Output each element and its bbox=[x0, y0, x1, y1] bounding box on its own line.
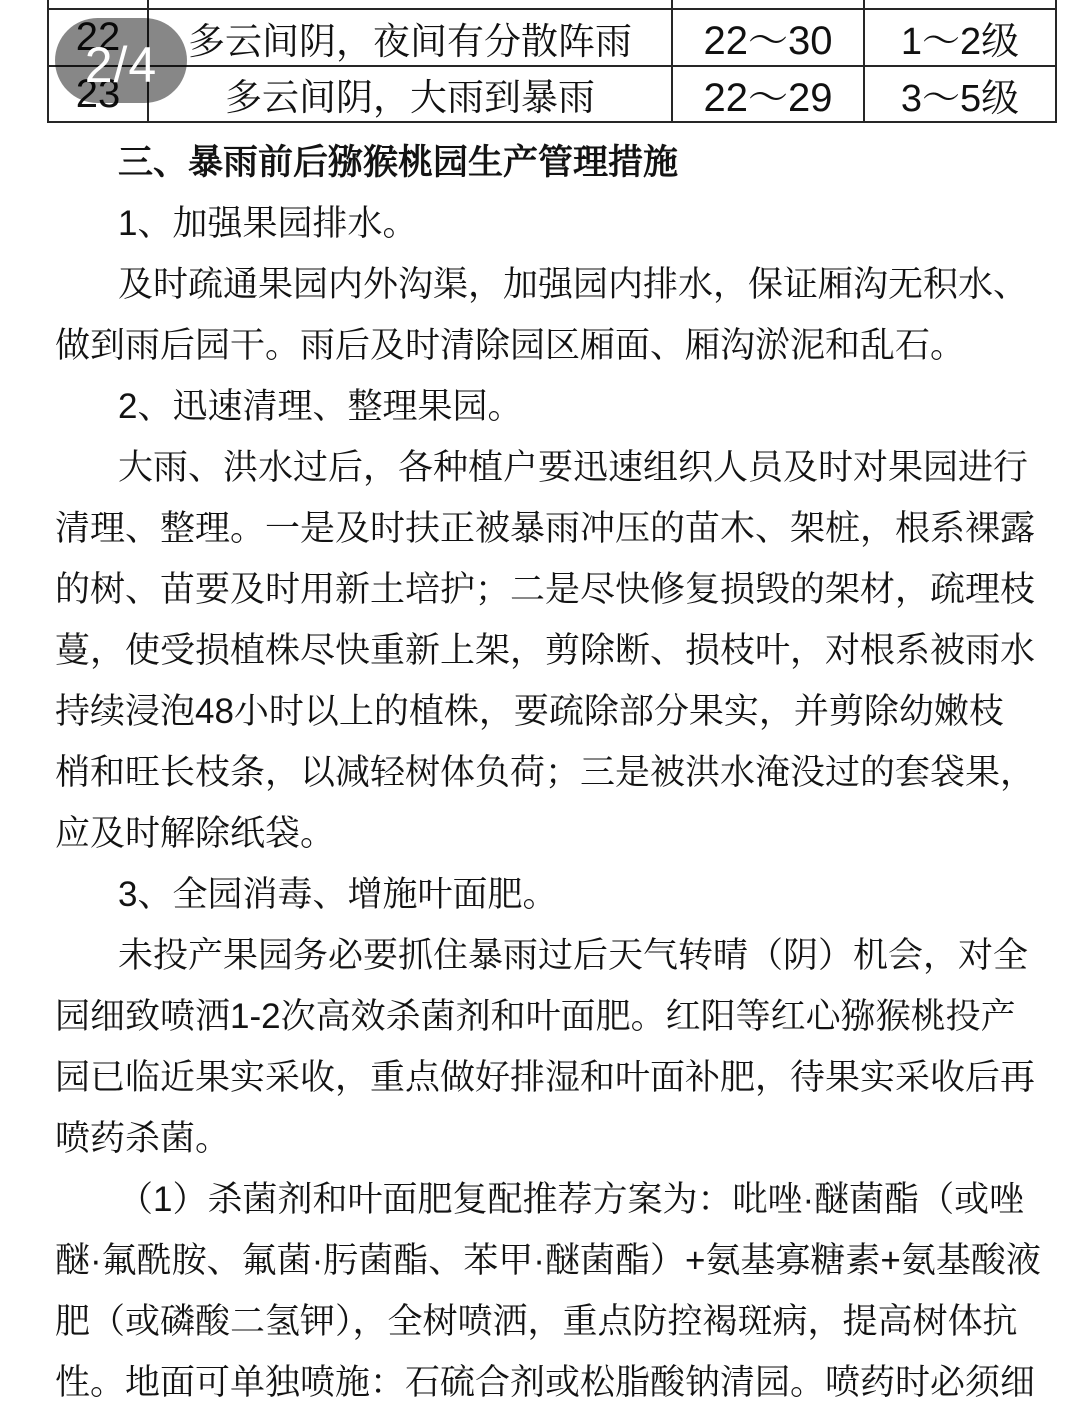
page-indicator-label: 2/4 bbox=[85, 28, 158, 94]
doc-line: 蔓，使受损植株尽快重新上架，剪除断、损枝叶，对根系被雨水 bbox=[55, 620, 1047, 681]
subheading-2: 2、迅速清理、整理果园。 bbox=[55, 376, 1047, 437]
temp-cell bbox=[673, 0, 865, 8]
doc-line: 园已临近果实采收，重点做好排湿和叶面补肥，待果实采收后再 bbox=[55, 1047, 1047, 1108]
doc-line: 持续浸泡48小时以上的植株，要疏除部分果实，并剪除幼嫩枝 bbox=[55, 681, 1047, 742]
doc-line: 做到雨后园干。雨后及时清除园区厢面、厢沟淤泥和乱石。 bbox=[55, 315, 1047, 376]
doc-line: 喷药杀菌。 bbox=[55, 1108, 1047, 1169]
doc-line: 未投产果园务必要抓住暴雨过后天气转晴（阴）机会，对全 bbox=[55, 925, 1047, 986]
doc-line: （1）杀菌剂和叶面肥复配推荐方案为：吡唑·醚菌酯（或唑 bbox=[55, 1169, 1047, 1230]
doc-line: 大雨、洪水过后，各种植户要迅速组织人员及时对果园进行 bbox=[55, 437, 1047, 498]
doc-line: 园细致喷洒1-2次高效杀菌剂和叶面肥。红阳等红心猕猴桃投产 bbox=[55, 986, 1047, 1047]
table-row-partial bbox=[49, 0, 1055, 10]
section-heading: 三、暴雨前后猕猴桃园生产管理措施 bbox=[55, 132, 1047, 193]
doc-line: 醚·氟酰胺、氟菌·肟菌酯、苯甲·醚菌酯）+氨基寡糖素+氨基酸液 bbox=[55, 1230, 1047, 1291]
doc-line: 清理、整理。一是及时扶正被暴雨冲压的苗木、架桩，根系裸露 bbox=[55, 498, 1047, 559]
wind-cell: 1～2级 bbox=[865, 10, 1055, 65]
doc-line: 肥（或磷酸二氢钾），全树喷洒，重点防控褐斑病，提高树体抗 bbox=[55, 1291, 1047, 1352]
wind-cell: 3～5级 bbox=[865, 67, 1055, 121]
subheading-1: 1、加强果园排水。 bbox=[55, 193, 1047, 254]
doc-line: 的树、苗要及时用新土培护；二是尽快修复损毁的架材，疏理枝 bbox=[55, 559, 1047, 620]
subheading-3: 3、全园消毒、增施叶面肥。 bbox=[55, 864, 1047, 925]
doc-line: 应及时解除纸袋。 bbox=[55, 803, 1047, 864]
date-cell bbox=[49, 0, 149, 8]
document-page: { "viewer": { "page_indicator": "2/4" },… bbox=[0, 0, 1080, 1423]
page-indicator-pill: 2/4 bbox=[55, 18, 187, 103]
doc-line: 梢和旺长枝条，以减轻树体负荷；三是被洪水淹没过的套袋果， bbox=[55, 742, 1047, 803]
wind-cell bbox=[865, 0, 1055, 8]
forecast-cell: 多云间阴，大雨到暴雨 bbox=[149, 67, 673, 121]
doc-line: 性。地面可单独喷施：石硫合剂或松脂酸钠清园。喷药时必须细 bbox=[55, 1352, 1047, 1413]
forecast-cell bbox=[149, 0, 673, 8]
temp-cell: 22～29 bbox=[673, 67, 865, 121]
temp-cell: 22～30 bbox=[673, 10, 865, 65]
table-row: 23 多云间阴，大雨到暴雨 22～29 3～5级 bbox=[49, 67, 1055, 123]
forecast-cell: 多云间阴，夜间有分散阵雨 bbox=[149, 10, 673, 65]
weather-table: 22 多云间阴，夜间有分散阵雨 22～30 1～2级 23 多云间阴，大雨到暴雨… bbox=[47, 0, 1057, 123]
doc-line: 及时疏通果园内外沟渠，加强园内排水，保证厢沟无积水、 bbox=[55, 254, 1047, 315]
document-body: 三、暴雨前后猕猴桃园生产管理措施 1、加强果园排水。 及时疏通果园内外沟渠，加强… bbox=[55, 132, 1047, 1413]
table-row: 22 多云间阴，夜间有分散阵雨 22～30 1～2级 bbox=[49, 10, 1055, 67]
